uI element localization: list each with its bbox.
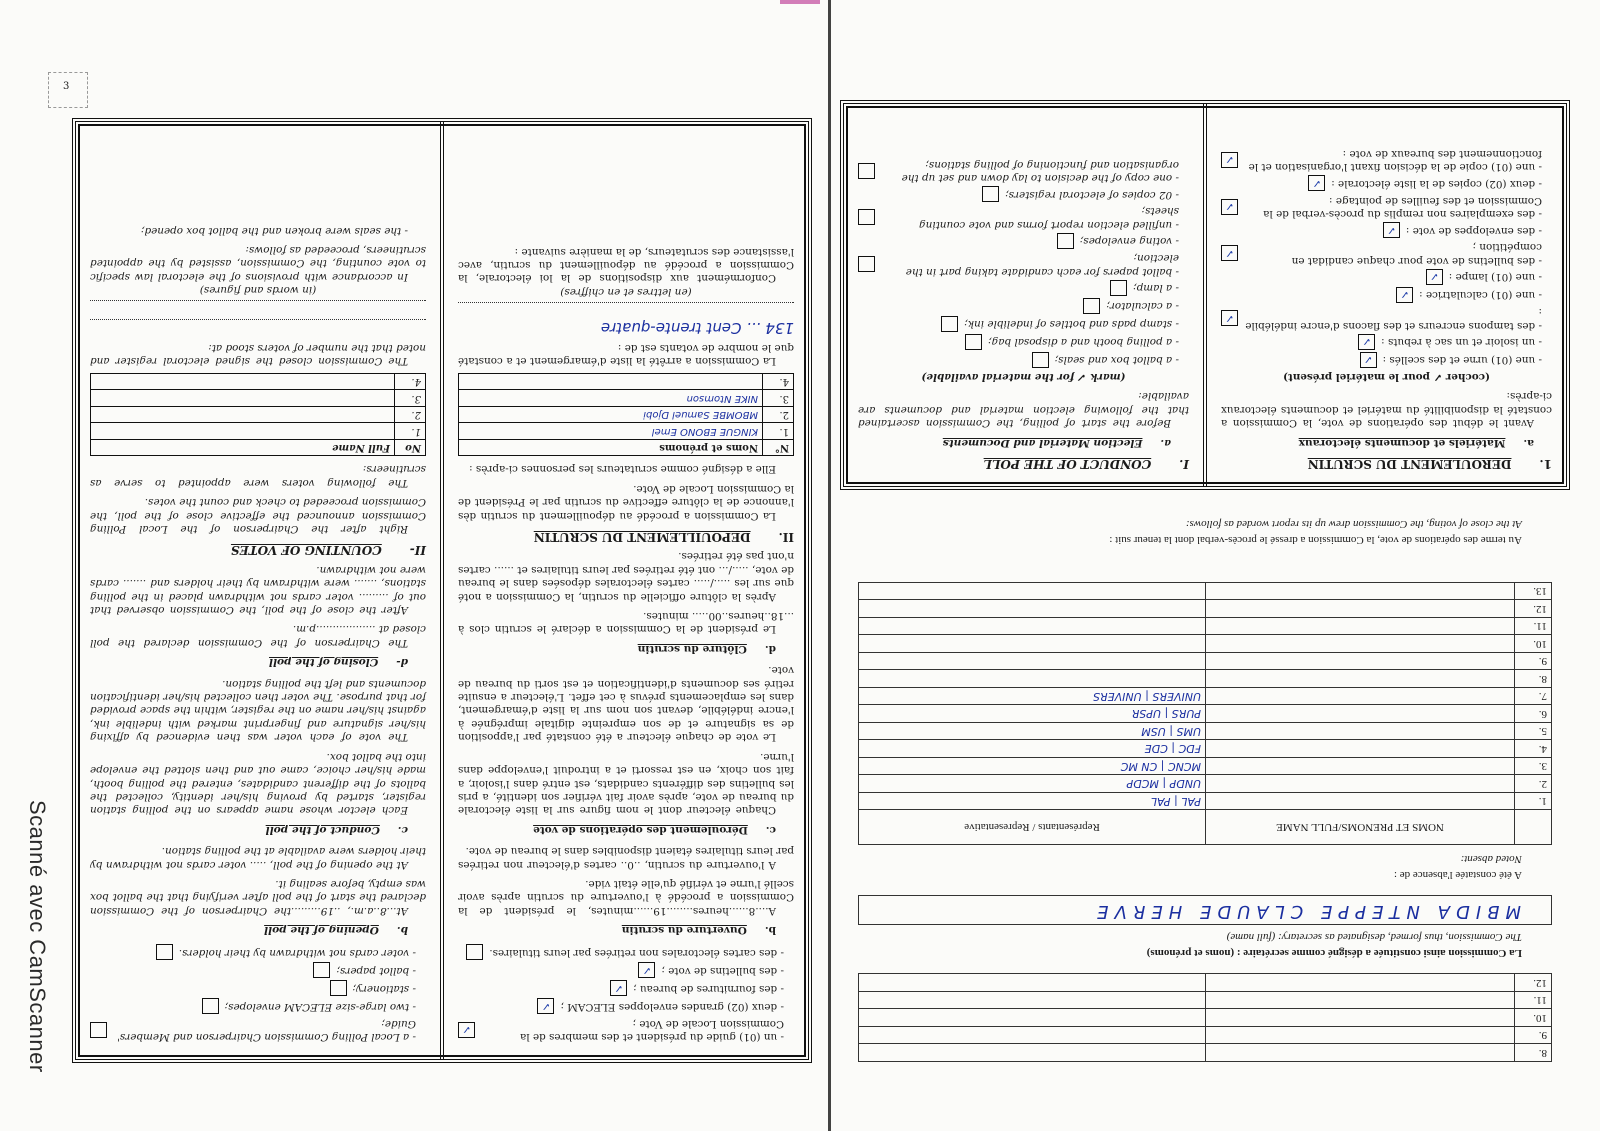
checkbox-empty-icon[interactable] xyxy=(1110,280,1127,296)
checkbox-empty-icon[interactable] xyxy=(965,334,982,350)
counting-text: La Commission a arrêté la liste d'émarge… xyxy=(458,340,794,367)
conduct-text: The vote of each voter was then evidence… xyxy=(90,676,426,743)
voters-count-field[interactable] xyxy=(90,319,426,334)
table-row: 10. xyxy=(859,1009,1552,1027)
checkbox-checked-icon[interactable]: ✓ xyxy=(638,962,655,978)
checklist-label: - des enveloppes de vote : xyxy=(1406,223,1542,236)
checklist-label: - a calculator; xyxy=(1106,299,1179,312)
section-heading: II-COUNTING OF VOTES xyxy=(90,543,426,556)
checklist-item: - a calculator; xyxy=(858,298,1179,314)
checkbox-empty-icon[interactable] xyxy=(90,1022,107,1038)
checklist-label: - deux (02) copies de la liste électoral… xyxy=(1331,176,1542,189)
conduct-text: Chaque électeur dont le nom figure sur l… xyxy=(458,749,794,816)
section-heading: II.DEPOUILLEMENT DU SCRUTIN xyxy=(458,530,794,543)
checkbox-checked-icon[interactable]: ✓ xyxy=(610,980,627,996)
table-row: 8. xyxy=(859,1044,1552,1062)
checklist-item: - unfilled election report forms and vot… xyxy=(858,204,1179,231)
voters-count-field[interactable]: 134 ... Cent trente-quatre xyxy=(458,321,794,334)
checkbox-empty-icon[interactable] xyxy=(982,186,999,202)
checkbox-empty-icon[interactable] xyxy=(1032,352,1049,368)
secretary-name-field[interactable]: MBIDA NTEPPE CLAUDE HERVE xyxy=(858,896,1552,926)
members-section: 8.9.10.11.12. La Commission ainsi consti… xyxy=(840,504,1570,1072)
materials-checklist-fr: - un (01) guide du président et des memb… xyxy=(458,944,794,1043)
checkbox-empty-icon[interactable] xyxy=(466,944,483,960)
checklist-label: - des tampons encreurs et des flacons d'… xyxy=(1244,305,1542,332)
members-table-continued: 8.9.10.11.12. xyxy=(858,974,1552,1063)
checklist-label: - 02 copies of electoral registers; xyxy=(1005,187,1179,200)
checkbox-empty-icon[interactable] xyxy=(156,944,173,960)
checkbox-empty-icon[interactable] xyxy=(858,163,875,179)
absence-label: A été constatée l'absence de : xyxy=(858,870,1522,882)
checklist-item: - des enveloppes de vote :✓ xyxy=(1221,222,1542,238)
table-row: 13. xyxy=(859,583,1552,601)
checklist-item: - stamp pads and bottles of indelible in… xyxy=(858,316,1179,332)
section-subheading: a.Election Material and Documents xyxy=(858,435,1171,448)
materials-checklist-en: - a Local Polling Commission Chairperson… xyxy=(90,944,426,1043)
absence-label-en: Noted absent: xyxy=(858,854,1522,866)
table-row: 10. xyxy=(859,635,1552,653)
table-row: 3.NIKE Ntomson xyxy=(459,390,794,406)
table-row: 4. xyxy=(91,373,426,389)
checkbox-empty-icon[interactable] xyxy=(202,998,219,1014)
section-heading: d.Clôture du scrutin xyxy=(458,641,776,654)
checkbox-checked-icon[interactable]: ✓ xyxy=(1383,222,1400,238)
checklist-label: - une (01) copie de la décision fixant l… xyxy=(1244,146,1542,173)
checkbox-empty-icon[interactable] xyxy=(1057,233,1074,249)
checklist-label: - des bulletins de vote pour chaque cand… xyxy=(1244,240,1542,267)
opening-text: A l'ouverture du scrutin, ..0.. cartes d… xyxy=(458,844,794,871)
materials-checklist: - une (01) urne et des scellés :✓- un is… xyxy=(1221,146,1552,367)
secretary-label-en: The Commission, thus formed, designated … xyxy=(858,932,1522,944)
checklist-label: - unfilled election report forms and vot… xyxy=(881,204,1179,231)
checklist-item: - a lamp; xyxy=(858,280,1179,296)
checklist-label: - voter cards not withdrawn by their hol… xyxy=(179,945,416,958)
checklist-item: - un (01) guide du président et des memb… xyxy=(458,1016,784,1043)
checklist-item: - une (01) copie de la décision fixant l… xyxy=(1221,146,1542,173)
table-row: 9. xyxy=(859,653,1552,671)
table-row: 2. xyxy=(91,406,426,422)
checklist-label: - one copy of the decision to lay down a… xyxy=(881,157,1179,184)
opening-text: A....8......heures........19......minute… xyxy=(458,877,794,917)
checklist-label: - une (01) lampe : xyxy=(1449,270,1542,283)
section-heading: b.Opening of the poll xyxy=(90,923,408,936)
counting-text: In accordance with provisions of the ele… xyxy=(90,243,426,283)
section-heading: 1.DEROULEMENT DU SCRUTIN xyxy=(1221,457,1552,470)
table-row: 8. xyxy=(859,670,1552,688)
closing-text: Le président de la Commission a déclaré … xyxy=(458,609,794,636)
checklist-item: - voter cards not withdrawn by their hol… xyxy=(90,944,416,960)
counting-text: Elle a désigné comme scrutateurs les per… xyxy=(458,462,794,475)
checklist-label: - a polling booth and a disposal bag; xyxy=(988,335,1179,348)
checklist-item: - a polling booth and a disposal bag; xyxy=(858,334,1179,350)
table-row: 2.MBOMBE Samuel Djobi xyxy=(459,406,794,422)
checklist-label: - voting envelopes; xyxy=(1080,234,1179,247)
checkbox-empty-icon[interactable] xyxy=(330,980,347,996)
section-heading: I.CONDUCT OF THE POLL xyxy=(858,457,1189,470)
scrutineers-table-fr: N°Noms et prénoms 1.KINGUE EBONO Emel2.M… xyxy=(458,373,794,456)
checklist-item: - une (01) urne et des scellés :✓ xyxy=(1221,352,1542,368)
checklist-item: - des cartes électorales non retirées pa… xyxy=(458,944,784,960)
materials-checklist-en: - a ballot box and seals;- a polling boo… xyxy=(858,157,1189,367)
left-page-french-column: - un (01) guide du président et des memb… xyxy=(444,122,808,1059)
checkbox-checked-icon[interactable]: ✓ xyxy=(1221,199,1238,215)
table-row: 4. xyxy=(459,373,794,389)
checklist-item: - a ballot box and seals; xyxy=(858,352,1179,368)
checklist-item: - des fournitures de bureau ;✓ xyxy=(458,980,784,996)
instruction: (mark ✓ for the material available) xyxy=(858,370,1189,383)
right-page: 8.9.10.11.12. La Commission ainsi consti… xyxy=(840,62,1570,1072)
checklist-item: - one copy of the decision to lay down a… xyxy=(858,157,1179,184)
checklist-item: - des bulletins de vote pour chaque cand… xyxy=(1221,240,1542,267)
table-row: 1. xyxy=(91,423,426,439)
materials-en-column: I.CONDUCT OF THE POLL a.Election Materia… xyxy=(844,104,1207,486)
table-row: 11. xyxy=(859,992,1552,1010)
checklist-item: - deux (02) grandes enveloppes ELECAM ;✓ xyxy=(458,998,784,1014)
checkbox-checked-icon[interactable]: ✓ xyxy=(1426,269,1443,285)
conduct-text: Le vote de chaque électeur a été constat… xyxy=(458,663,794,743)
table-row: 12. xyxy=(859,974,1552,992)
checklist-item: - a Local Polling Commission Chairperson… xyxy=(90,1016,416,1043)
page-number-stamp: 3 xyxy=(48,72,88,108)
scan-artifact xyxy=(780,0,820,4)
opening-text: At...8..a.m., ..19.........the Chairpers… xyxy=(90,877,426,917)
section-heading: c.Conduct of the poll xyxy=(90,822,408,835)
checkbox-empty-icon[interactable] xyxy=(314,962,331,978)
counting-text: - the seals were broken and the ballot b… xyxy=(90,223,426,236)
counting-text: Right after the Chairperson of the Local… xyxy=(90,495,426,535)
checklist-label: - ballot papers for each candidate takin… xyxy=(881,251,1179,278)
conduct-of-poll-box: 1.DEROULEMENT DU SCRUTIN a.Matériels et … xyxy=(840,100,1570,490)
caption: (en lettres et en chiffres) xyxy=(458,284,794,297)
checklist-item: - des bulletins de vote ;✓ xyxy=(458,962,784,978)
checkbox-checked-icon[interactable]: ✓ xyxy=(1221,245,1238,261)
checklist-item: - des exemplaires non remplis du procès-… xyxy=(1221,193,1542,220)
checklist-item: - deux (02) copies de la liste électoral… xyxy=(1221,175,1542,191)
table-row: 2.UNDP | MCDP xyxy=(859,775,1552,793)
table-row: 1.KINGUE EBONO Emel xyxy=(459,423,794,439)
counting-text: The following voters were appointed to s… xyxy=(90,462,426,489)
left-page-english-column: - a Local Polling Commission Chairperson… xyxy=(76,122,444,1059)
checkbox-checked-icon[interactable]: ✓ xyxy=(458,1022,475,1038)
section-heading: b.Ouverture du scrutin xyxy=(458,923,776,936)
checkbox-empty-icon[interactable] xyxy=(941,316,958,332)
checklist-label: - un isoloir et un sac à rebuts : xyxy=(1381,335,1542,348)
table-row: 5.UMS | USM xyxy=(859,723,1552,741)
closing-text: Après la clôture officielle du scrutin, … xyxy=(458,549,794,603)
checklist-item: - 02 copies of electoral registers; xyxy=(858,186,1179,202)
table-row: 11. xyxy=(859,618,1552,636)
checklist-item: - un isoloir et un sac à rebuts :✓ xyxy=(1221,334,1542,350)
checkbox-checked-icon[interactable]: ✓ xyxy=(1221,152,1238,168)
checklist-item: - voting envelopes; xyxy=(858,233,1179,249)
checklist-item: - ballot papers for each candidate takin… xyxy=(858,251,1179,278)
table-row: 7.UNIVERS | UNIVERS xyxy=(859,688,1552,706)
checkbox-empty-icon[interactable] xyxy=(858,209,875,225)
checklist-label: - stamp pads and bottles of indelible in… xyxy=(964,317,1179,330)
closing-text: After the close of the poll, the Commiss… xyxy=(90,562,426,616)
checklist-label: - stationery; xyxy=(353,981,416,994)
table-row: 12. xyxy=(859,600,1552,618)
closing-statement-en: At the close of voting, the Commission d… xyxy=(858,518,1522,530)
checklist-item: - une (01) calculatrice :✓ xyxy=(1221,287,1542,303)
counting-text: Conformément aux dispositions de la loi … xyxy=(458,244,794,284)
representatives-table: NOMS ET PRENOMS/FULL NAMEReprésentants /… xyxy=(858,582,1552,846)
section-subheading: a.Matériels et documents électoraux xyxy=(1221,435,1534,448)
checkbox-checked-icon[interactable]: ✓ xyxy=(1358,334,1375,350)
checklist-item: - ballot papers; xyxy=(90,962,416,978)
section-heading: c.Déroulement des opérations de vote xyxy=(458,822,776,835)
checklist-item: - two large-size ELECAM envelopes; xyxy=(90,998,416,1014)
checkbox-empty-icon[interactable] xyxy=(858,256,875,272)
checkbox-empty-icon[interactable] xyxy=(1083,298,1100,314)
checklist-label: - une (01) urne et des scellés : xyxy=(1383,353,1542,366)
checklist-item: - une (01) lampe :✓ xyxy=(1221,269,1542,285)
checklist-label: - un (01) guide du président et des memb… xyxy=(481,1016,784,1043)
section-heading: d-Closing of the poll xyxy=(90,655,408,668)
checkbox-checked-icon[interactable]: ✓ xyxy=(1308,175,1325,191)
checklist-label: - une (01) calculatrice : xyxy=(1419,288,1542,301)
instruction: (cocher ✓ pour le matériel présent) xyxy=(1221,370,1552,383)
closing-statement: Au terme des opérations de vote, la Comm… xyxy=(858,534,1522,546)
secretary-label: La Commission ainsi constituée a désigné… xyxy=(858,948,1522,960)
checklist-label: - a Local Polling Commission Chairperson… xyxy=(113,1016,416,1043)
checklist-label: - a lamp; xyxy=(1133,281,1179,294)
watermark: Scanné avec CamScanner xyxy=(10,800,50,1100)
intro-text: Avant le début des opérations de vote, l… xyxy=(1221,389,1552,429)
checklist-label: - a ballot box and seals; xyxy=(1055,353,1179,366)
table-row: 6.PURS | UPSR xyxy=(859,705,1552,723)
table-row: 3. xyxy=(91,390,426,406)
checklist-label: - des bulletins de vote ; xyxy=(661,963,784,976)
checklist-label: - ballot papers; xyxy=(337,963,417,976)
checklist-label: - two large-size ELECAM envelopes; xyxy=(225,999,416,1012)
checkbox-checked-icon[interactable]: ✓ xyxy=(1396,287,1413,303)
checklist-label: - des exemplaires non remplis du procès-… xyxy=(1244,193,1542,220)
dotted-line xyxy=(458,302,794,317)
table-row: 3.MCNC | CN MC xyxy=(859,758,1552,776)
checkbox-checked-icon[interactable]: ✓ xyxy=(1221,310,1238,326)
checklist-label: - deux (02) grandes enveloppes ELECAM ; xyxy=(560,999,784,1012)
dotted-line xyxy=(90,300,426,315)
materials-fr-column: 1.DEROULEMENT DU SCRUTIN a.Matériels et … xyxy=(1207,104,1566,486)
left-page: - un (01) guide du président et des memb… xyxy=(72,118,812,1063)
counting-text: The Commission closed the signed elector… xyxy=(90,340,426,367)
opening-text: At the opening of the poll, ..... voter … xyxy=(90,844,426,871)
caption: (in words and figures) xyxy=(90,283,426,296)
table-row: 1.PAL | PAL xyxy=(859,793,1552,811)
conduct-text: Each elector whose name appears on the p… xyxy=(90,749,426,816)
closing-text: The Chairperson of the Commission declar… xyxy=(90,622,426,649)
checkbox-checked-icon[interactable]: ✓ xyxy=(1360,352,1377,368)
checkbox-checked-icon[interactable]: ✓ xyxy=(537,998,554,1014)
checklist-item: - stationery; xyxy=(90,980,416,996)
table-row: 9. xyxy=(859,1027,1552,1045)
intro-text: Before the start of polling, the Commiss… xyxy=(858,389,1189,429)
checklist-label: - des fournitures de bureau ; xyxy=(633,981,784,994)
book-spine xyxy=(828,0,831,1131)
checklist-item: - des tampons encreurs et des flacons d'… xyxy=(1221,305,1542,332)
scrutineers-table-en: NoFull Name 1.2.3.4. xyxy=(90,373,426,456)
checklist-label: - des cartes électorales non retirées pa… xyxy=(489,945,784,958)
counting-text: La Commission a procédé au dépouillement… xyxy=(458,481,794,521)
table-row: 4.FDC | CDE xyxy=(859,740,1552,758)
